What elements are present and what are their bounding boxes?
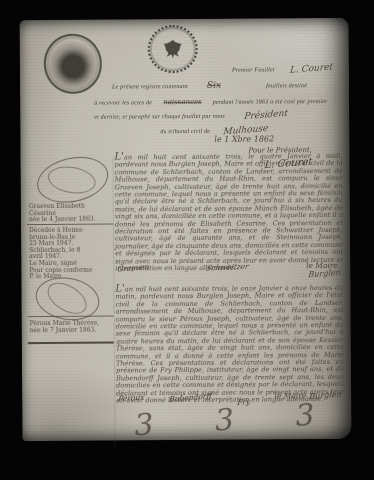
birth-act-2-text: L'an mil huit cent soixante trois, le on… bbox=[115, 284, 344, 405]
cotation-date: le 1 Xbre 1862 bbox=[214, 134, 274, 143]
eagle-glyph-icon bbox=[160, 36, 186, 62]
timbre-imperial-stamp-icon bbox=[40, 30, 106, 98]
signature-bubendorff: Bubendorff bbox=[169, 391, 212, 403]
signature-graeven: Graeven bbox=[117, 262, 150, 274]
imperial-eagle-seal-icon bbox=[148, 25, 198, 73]
margin-note-line: née le 7 Janvier 1863. bbox=[30, 327, 99, 334]
margin-rule-thick bbox=[28, 342, 114, 345]
act-1-signatures: Graeven Schweitzer le Maire. Burglen bbox=[117, 262, 340, 280]
birth-act-1-text: L'an mil huit cent soixante trois, le qu… bbox=[114, 152, 343, 273]
signature-burglen: Burglen bbox=[308, 269, 341, 280]
signature-peroux: Péroux bbox=[118, 392, 145, 403]
signature-maire-block: le Maire. Burglen bbox=[306, 262, 340, 278]
margin-note-graeven: Graeven Elisabeth Césarine née le 4 Janv… bbox=[29, 204, 113, 224]
margin-rule bbox=[27, 224, 113, 226]
register-page: Premier Feuillet L. Couret Le présent re… bbox=[20, 18, 352, 441]
paraph-oval-icon bbox=[33, 151, 113, 209]
scanned-register-photo: Premier Feuillet L. Couret Le présent re… bbox=[0, 0, 374, 480]
margin-note-peroux: Péroux Marie Thérèse, née le 7 Janvier 1… bbox=[30, 321, 99, 335]
margin-note-deces: Décédée à Heims- brunn-le-Bas le 25 Mars… bbox=[29, 228, 92, 281]
line4-printed: du tribunal civil de bbox=[160, 129, 210, 135]
signature-schweitzer: Schweitzer bbox=[205, 262, 250, 273]
margin-column: Graeven Elisabeth Césarine née le 4 Janv… bbox=[26, 158, 115, 451]
